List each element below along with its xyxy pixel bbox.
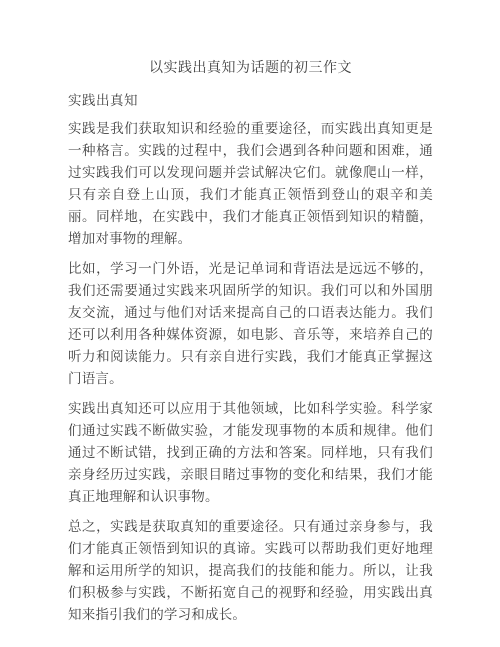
essay-paragraph-1: 实践是我们获取知识和经验的重要途径，而实践出真知更是一种格言。实践的过程中，我们… [68, 118, 433, 250]
essay-heading: 实践出真知 [68, 90, 433, 112]
essay-paragraph-4: 总之，实践是获取真知的重要途径。只有通过亲身参与，我们才能真正领悟到知识的真谛。… [68, 516, 433, 626]
document-page: 以实践出真知为话题的初三作文 实践出真知 实践是我们获取知识和经验的重要途径，而… [0, 0, 500, 647]
document-title: 以实践出真知为话题的初三作文 [68, 58, 433, 80]
essay-paragraph-3: 实践出真知还可以应用于其他领域，比如科学实验。科学家们通过实践不断做实验，才能发… [68, 398, 433, 508]
essay-paragraph-2: 比如，学习一门外语，光是记单词和背语法是远远不够的，我们还需要通过实践来巩固所学… [68, 258, 433, 390]
